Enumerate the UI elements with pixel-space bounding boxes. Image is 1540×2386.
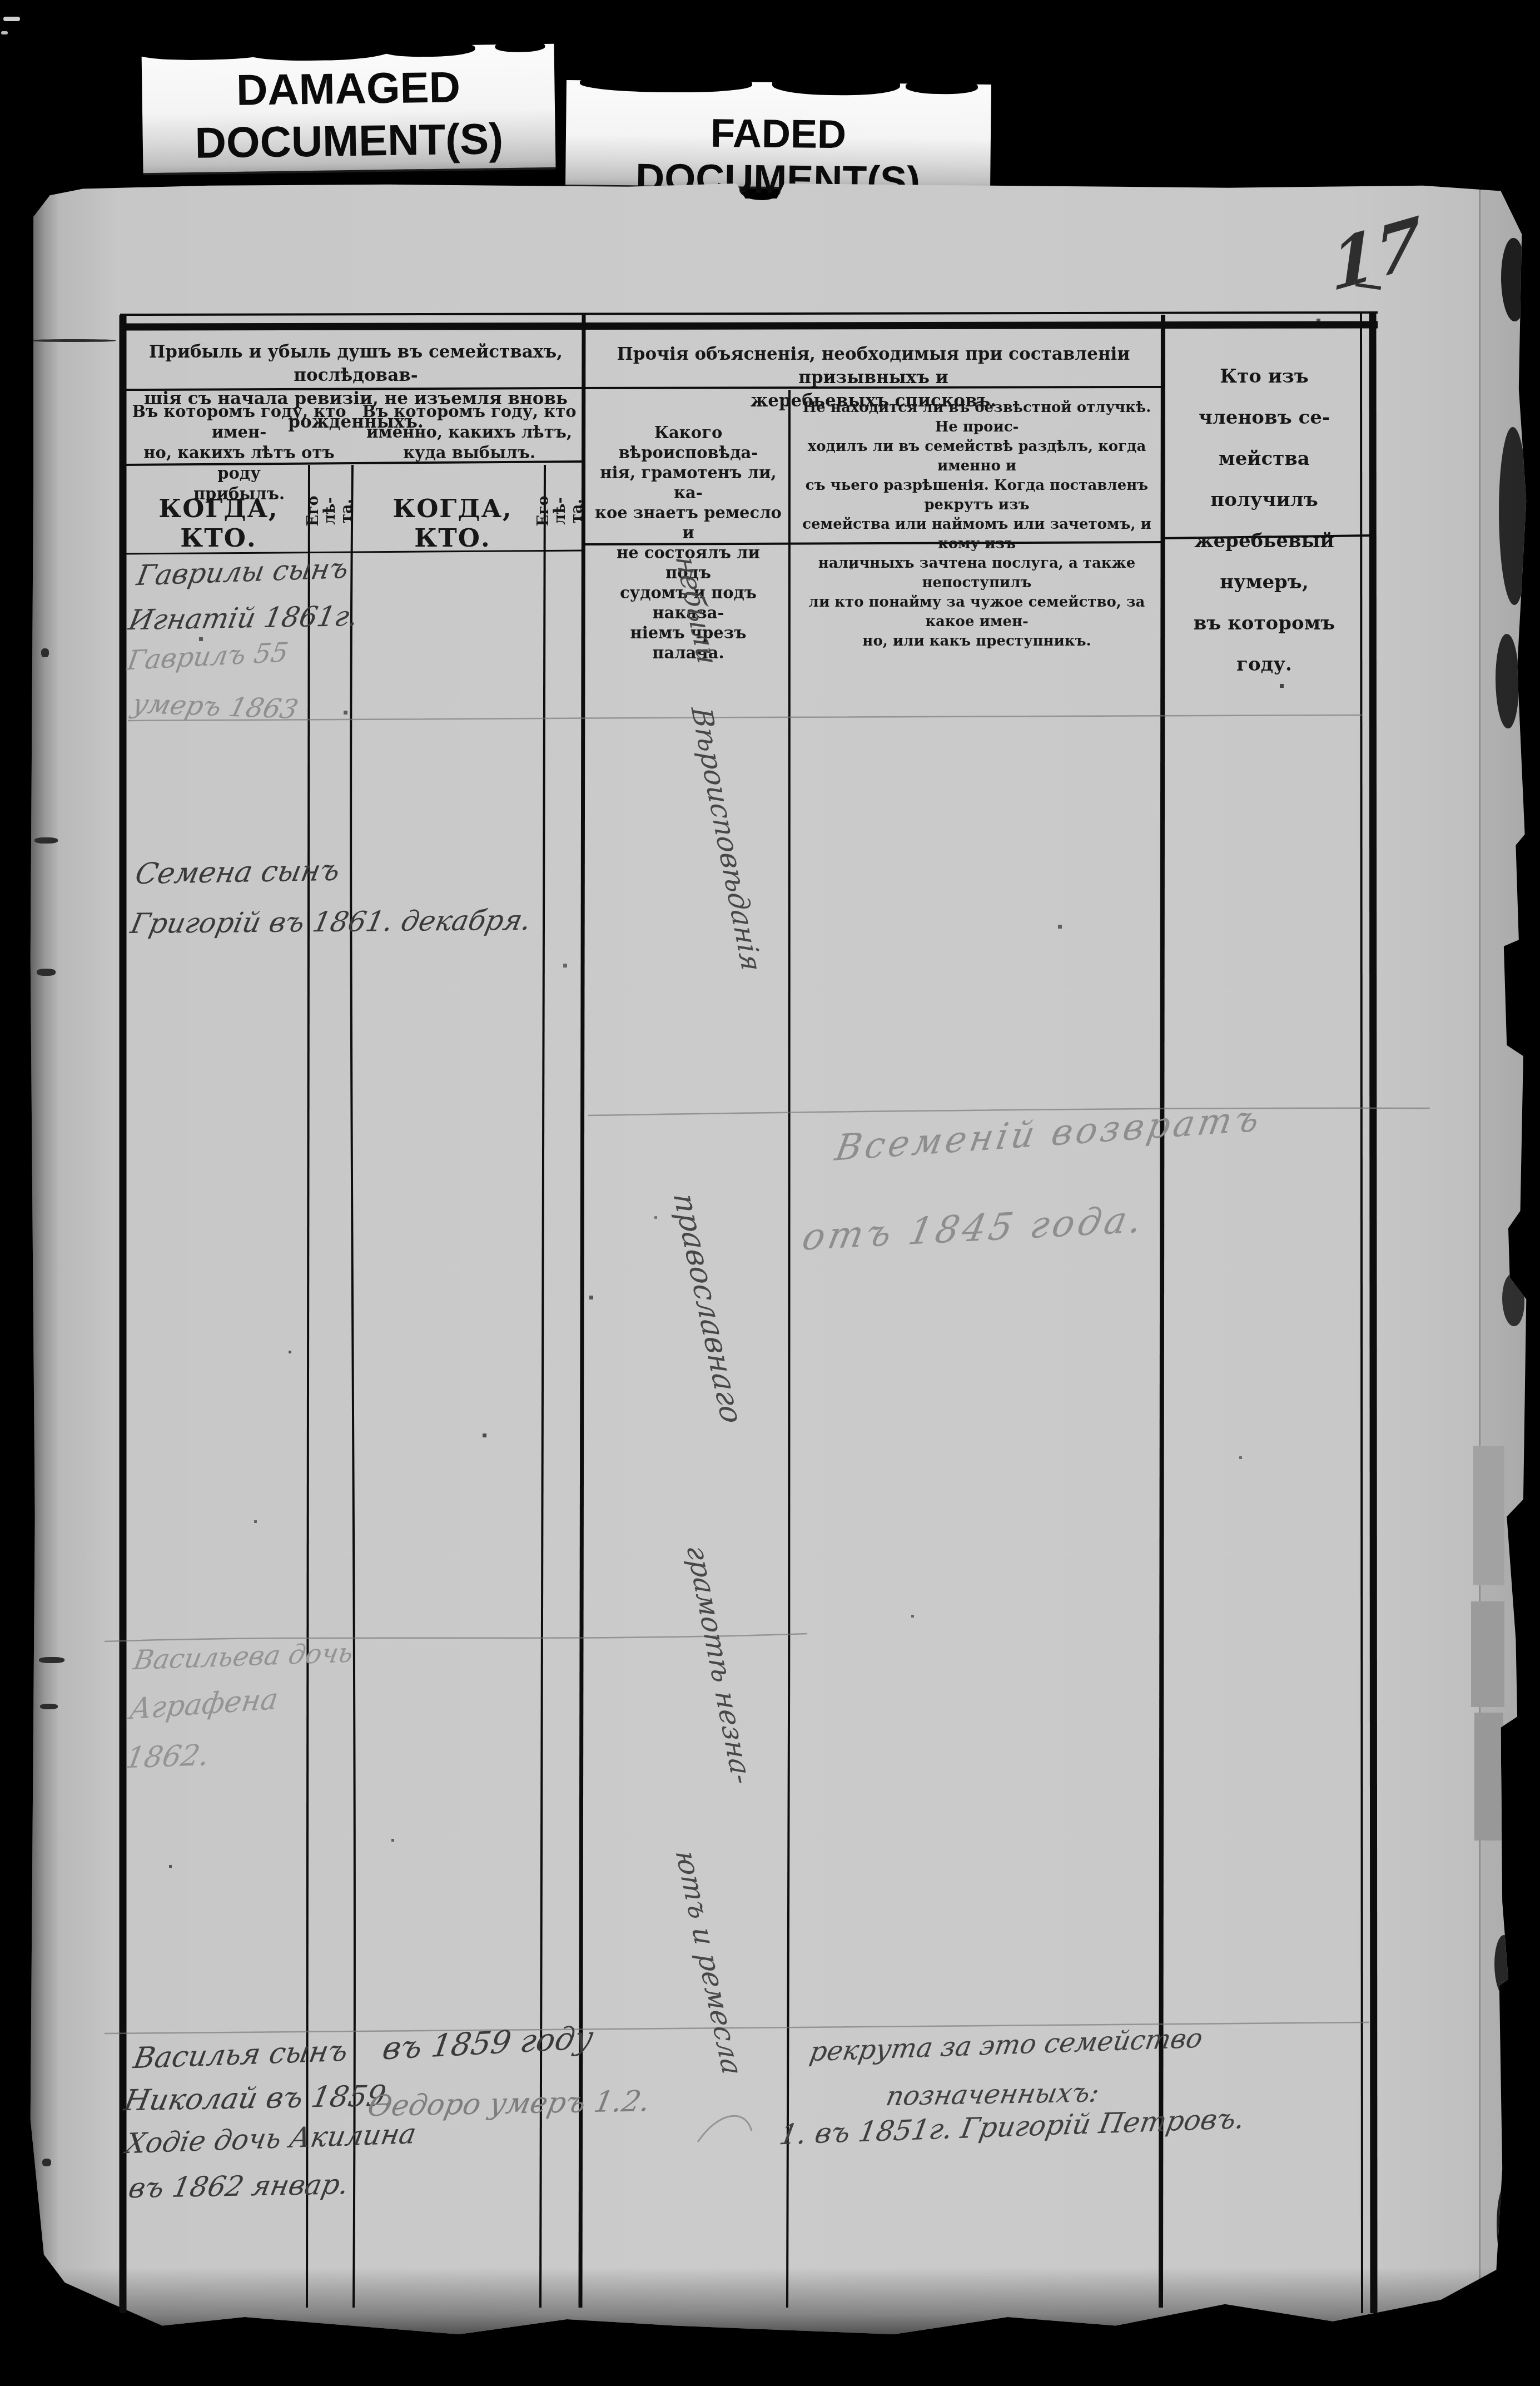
age-label-rotated: Его лѣ- та. [535,489,585,533]
col-header-lottery: Кто изъ членовъ се- мейства получилъ жер… [1171,356,1358,685]
entry-arrived4-line: въ 1862 январ. [126,2168,352,2204]
entry-departed1-line: Ѳедоро умеръ 1.2. [365,2085,653,2123]
col-header-departed: Въ которомъ году, кто именно, какихъ лѣт… [358,401,580,463]
entry-arrived1-line: Игнатій 1861г. [126,600,361,636]
entry-arrived3-line: 1862. [123,1739,211,1775]
col-header-age-2: Его лѣ- та. [538,470,583,552]
scanned-document-viewer: DAMAGED DOCUMENT(S) FADED DOCUMENT(S) [0,0,1540,2386]
col-header-age-1: Его лѣ- та. [307,470,354,552]
entry-arrived1-line: умеръ 1863 [129,688,301,725]
col-header-absence: Не находится ли въ безвѣстной отлучкѣ. Н… [796,398,1158,651]
entry-arrived2-line: Семена сынъ [132,854,342,891]
col-header-when-who-1: КОГДА, КТО. [132,494,305,553]
age-label-rotated: Его лѣ- та. [305,488,355,534]
entry-arrived2-line: Григорій въ 1861. декабря. [128,904,534,940]
entry-arrived4-line: Николай въ 1859. [121,2080,398,2118]
col-header-when-who-2: КОГДА, КТО. [369,494,536,553]
entry-absence2-line: позначенныхъ: [883,2077,1102,2112]
